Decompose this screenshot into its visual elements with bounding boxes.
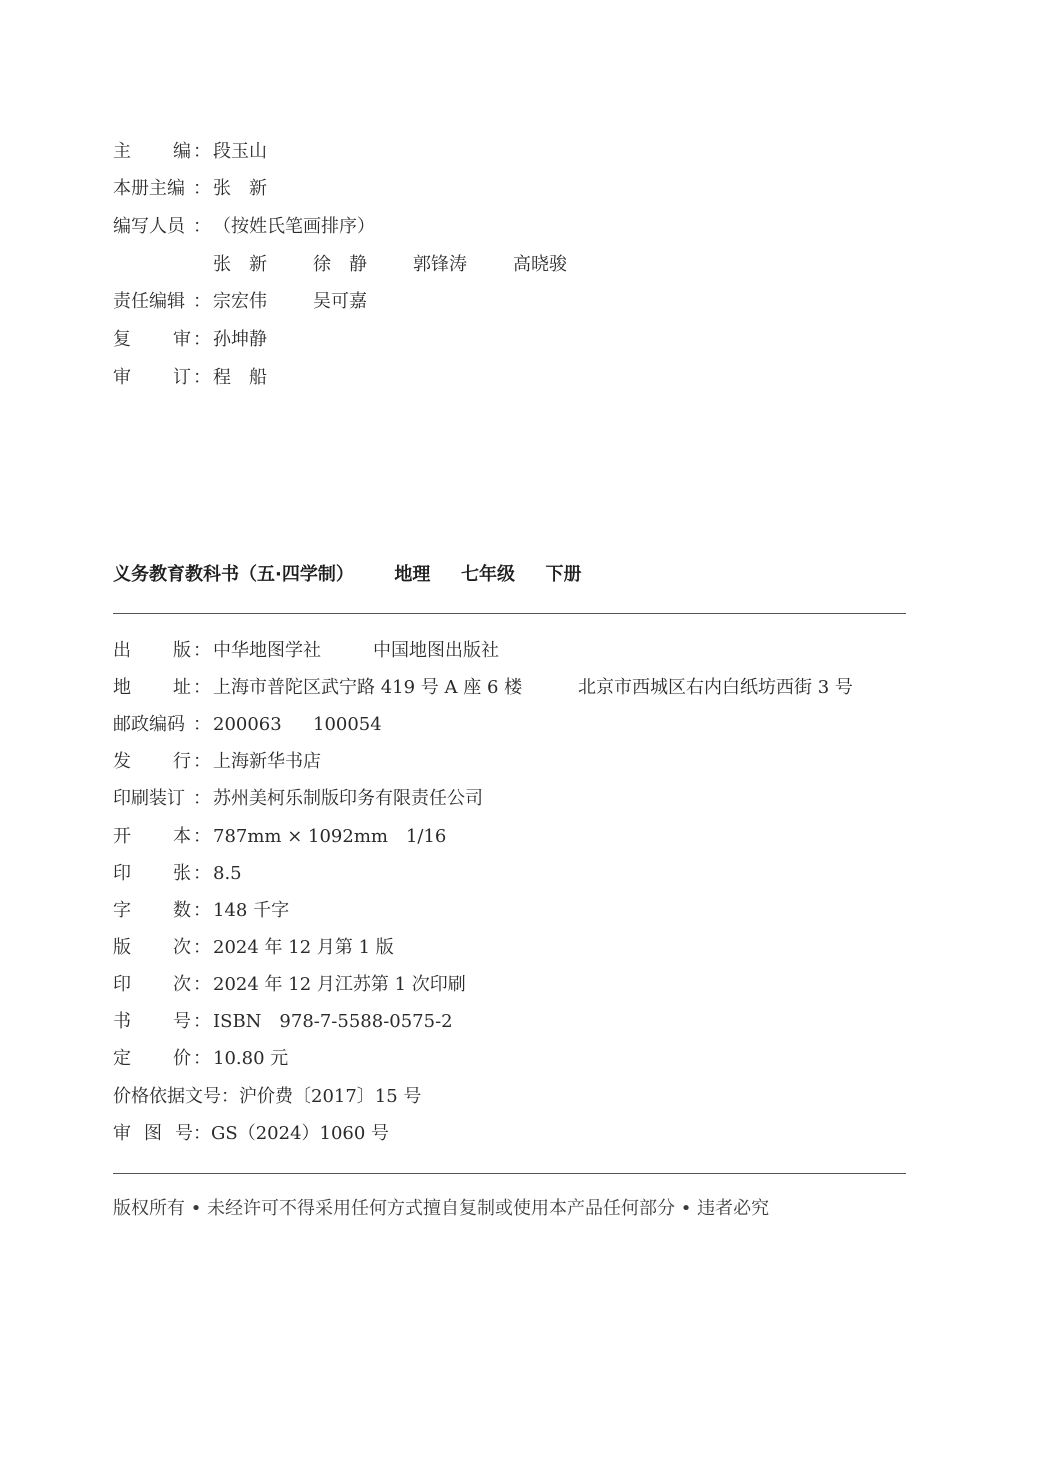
pub-price-basis: 价格依据文号 ： 沪价费〔2017〕15 号 bbox=[113, 1085, 421, 1109]
divider-bottom bbox=[113, 1173, 906, 1174]
pub-label: 印刷装订 ： bbox=[113, 787, 213, 811]
book-grade: 七年级 bbox=[461, 563, 515, 587]
credit-value: 程 船 bbox=[213, 366, 267, 390]
pub-value: 中国地图出版社 bbox=[373, 639, 499, 663]
credit-value: 孙坤静 bbox=[213, 328, 267, 352]
book-subject: 地理 bbox=[394, 563, 430, 587]
book-volume: 下册 bbox=[546, 563, 582, 587]
book-series: 义务教育教科书（五·四学制） bbox=[113, 563, 354, 587]
pub-map-review-number: 审 图 号 ： GS（2024）1060 号 bbox=[113, 1122, 389, 1146]
pub-label: 定 价 ： bbox=[113, 1047, 213, 1071]
pub-value: ISBN 978-7-5588-0575-2 bbox=[213, 1010, 453, 1034]
copyright-page: 主 编 ： 段玉山 本册主编 ： 张 新 编写人员 ： （按姓氏笔画排序） 张 … bbox=[0, 0, 1043, 1474]
pub-value: 苏州美柯乐制版印务有限责任公司 bbox=[213, 787, 483, 811]
credit-value: 段玉山 bbox=[213, 140, 267, 164]
pub-price: 定 价 ： 10.80 元 bbox=[113, 1047, 288, 1071]
pub-postal-code: 邮政编码 ： 200063 100054 bbox=[113, 713, 382, 737]
writer-name: 郭锋涛 bbox=[413, 253, 513, 277]
pub-value: 上海市普陀区武宁路 419 号 A 座 6 楼 bbox=[213, 676, 578, 700]
pub-value: GS（2024）1060 号 bbox=[211, 1122, 389, 1146]
credit-value: 宗宏伟 bbox=[213, 290, 313, 314]
pub-label: 开 本 ： bbox=[113, 825, 213, 849]
pub-value: 10.80 元 bbox=[213, 1047, 288, 1071]
pub-printer: 印刷装订 ： 苏州美柯乐制版印务有限责任公司 bbox=[113, 787, 483, 811]
credit-value: 张 新 bbox=[213, 177, 267, 201]
pub-value: 8.5 bbox=[213, 862, 242, 886]
pub-label: 印 次 ： bbox=[113, 973, 213, 997]
divider-top bbox=[113, 613, 906, 614]
credit-writers: 编写人员 ： （按姓氏笔画排序） bbox=[113, 215, 375, 239]
pub-value: 北京市西城区右内白纸坊西街 3 号 bbox=[578, 676, 853, 700]
credit-label: 责任编辑 ： bbox=[113, 290, 213, 314]
pub-label: 书 号 ： bbox=[113, 1010, 213, 1034]
pub-value: 2024 年 12 月江苏第 1 次印刷 bbox=[213, 973, 466, 997]
pub-value: 100054 bbox=[313, 713, 382, 737]
credit-volume-editor: 本册主编 ： 张 新 bbox=[113, 177, 267, 201]
pub-sheets: 印 张 ： 8.5 bbox=[113, 862, 242, 886]
pub-publisher: 出 版 ： 中华地图学社 中国地图出版社 bbox=[113, 639, 499, 663]
credit-label: 编写人员 ： bbox=[113, 215, 213, 239]
pub-label: 发 行 ： bbox=[113, 750, 213, 774]
credit-chief-editor: 主 编 ： 段玉山 bbox=[113, 140, 267, 164]
pub-label: 印 张 ： bbox=[113, 862, 213, 886]
pub-distributor: 发 行 ： 上海新华书店 bbox=[113, 750, 321, 774]
credit-label: 审 订 ： bbox=[113, 366, 213, 390]
pub-value: 200063 bbox=[213, 713, 313, 737]
pub-label: 版 次 ： bbox=[113, 936, 213, 960]
pub-printing: 印 次 ： 2024 年 12 月江苏第 1 次印刷 bbox=[113, 973, 466, 997]
pub-word-count: 字 数 ： 148 千字 bbox=[113, 899, 289, 923]
pub-label: 字 数 ： bbox=[113, 899, 213, 923]
pub-value: 沪价费〔2017〕15 号 bbox=[239, 1085, 421, 1109]
pub-label: 价格依据文号 bbox=[113, 1085, 221, 1109]
pub-format: 开 本 ： 787mm × 1092mm 1/16 bbox=[113, 825, 446, 849]
writer-name: 徐 静 bbox=[313, 253, 413, 277]
pub-label: 审 图 号 bbox=[113, 1122, 193, 1146]
writer-name: 张 新 bbox=[213, 253, 313, 277]
credit-reviewer: 复 审 ： 孙坤静 bbox=[113, 328, 267, 352]
credit-responsible-editors: 责任编辑 ： 宗宏伟 吴可嘉 bbox=[113, 290, 367, 314]
pub-value: 2024 年 12 月第 1 版 bbox=[213, 936, 394, 960]
pub-label: 地 址 ： bbox=[113, 676, 213, 700]
pub-value: 上海新华书店 bbox=[213, 750, 321, 774]
pub-isbn: 书 号 ： ISBN 978-7-5588-0575-2 bbox=[113, 1010, 453, 1034]
pub-value: 中华地图学社 bbox=[213, 639, 373, 663]
credit-label: 主 编 ： bbox=[113, 140, 213, 164]
writer-name: 高晓骏 bbox=[513, 253, 567, 277]
credit-value: （按姓氏笔画排序） bbox=[213, 215, 375, 239]
credit-value: 吴可嘉 bbox=[313, 290, 367, 314]
pub-value: 148 千字 bbox=[213, 899, 289, 923]
pub-edition: 版 次 ： 2024 年 12 月第 1 版 bbox=[113, 936, 394, 960]
pub-address: 地 址 ： 上海市普陀区武宁路 419 号 A 座 6 楼 北京市西城区右内白纸… bbox=[113, 676, 853, 700]
credit-label: 本册主编 ： bbox=[113, 177, 213, 201]
book-title: 义务教育教科书（五·四学制） 地理 七年级 下册 bbox=[113, 563, 582, 587]
credit-label: 复 审 ： bbox=[113, 328, 213, 352]
copyright-notice: 版权所有 • 未经许可不得采用任何方式擅自复制或使用本产品任何部分 • 违者必究 bbox=[113, 1197, 769, 1221]
writer-names: 张 新 徐 静 郭锋涛 高晓骏 bbox=[213, 253, 567, 277]
pub-value: 787mm × 1092mm 1/16 bbox=[213, 825, 446, 849]
pub-label: 邮政编码 ： bbox=[113, 713, 213, 737]
pub-label: 出 版 ： bbox=[113, 639, 213, 663]
credit-proofreader: 审 订 ： 程 船 bbox=[113, 366, 267, 390]
